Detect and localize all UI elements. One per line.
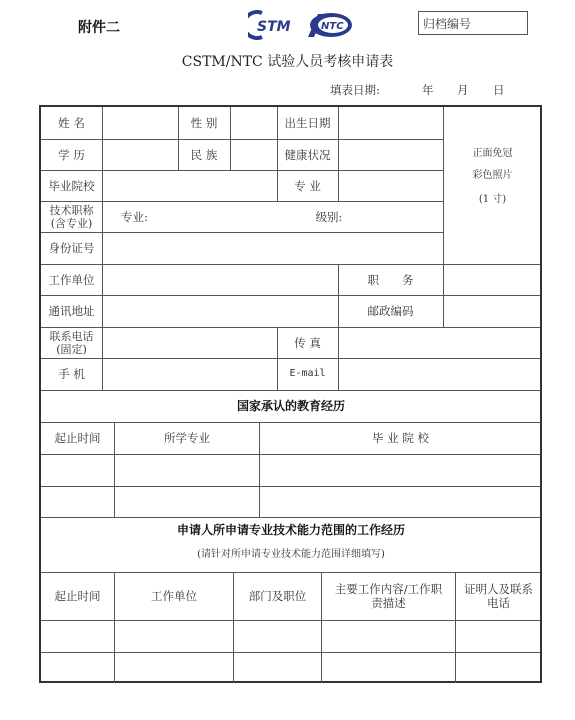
photo-label-line3: (1 寸) <box>444 193 541 207</box>
photo-label-line2: 彩色照片 <box>444 169 541 183</box>
work-row1-department[interactable] <box>234 620 321 652</box>
edu-row1-period[interactable] <box>41 454 114 486</box>
tech-major-field[interactable]: 专业: <box>103 201 277 232</box>
edu-col-period: 起止时间 <box>41 422 114 454</box>
input-address[interactable] <box>103 295 338 327</box>
input-school[interactable] <box>103 170 277 201</box>
work-row2-duties[interactable] <box>322 652 455 683</box>
fill-date-day[interactable]: 日 <box>493 82 505 98</box>
work-col-employer: 工作单位 <box>115 572 233 620</box>
svg-text:NTC: NTC <box>321 21 344 32</box>
form-title: CSTM/NTC 试验人员考核申请表 <box>0 51 575 71</box>
edu-row2-period[interactable] <box>41 486 114 517</box>
label-name: 姓 名 <box>41 107 102 139</box>
input-fax[interactable] <box>339 327 541 358</box>
work-row1-employer[interactable] <box>115 620 233 652</box>
label-gender: 性 别 <box>178 107 230 139</box>
input-mobile[interactable] <box>103 358 277 390</box>
label-health: 健康状况 <box>277 139 338 170</box>
edu-col-school: 毕 业 院 校 <box>260 422 541 454</box>
work-section-subtitle: (请针对所申请专业技术能力范围详细填写) <box>41 547 541 563</box>
ntc-logo-icon: NTC <box>304 10 354 40</box>
input-name[interactable] <box>103 107 178 139</box>
label-school: 毕业院校 <box>41 170 102 201</box>
input-phone[interactable] <box>103 327 277 358</box>
label-birth-date: 出生日期 <box>277 107 338 139</box>
label-id-number: 身份证号 <box>41 232 102 264</box>
work-col-period: 起止时间 <box>41 572 114 620</box>
work-col-department: 部门及职位 <box>234 572 321 620</box>
svg-text:STM: STM <box>257 19 291 35</box>
work-row1-period[interactable] <box>41 620 114 652</box>
edu-row1-major[interactable] <box>115 454 259 486</box>
input-postcode[interactable] <box>444 295 541 327</box>
tech-level-field[interactable]: 级别: <box>277 201 381 232</box>
phone-line1: 联系电话 <box>50 330 94 343</box>
input-id-number[interactable] <box>103 232 443 264</box>
input-ethnicity[interactable] <box>231 139 277 170</box>
edu-row2-school[interactable] <box>260 486 541 517</box>
label-email: E-mail <box>277 358 338 390</box>
phone-line2: (固定) <box>56 343 87 356</box>
education-section-title: 国家承认的教育经历 <box>41 390 541 422</box>
label-major: 专 业 <box>277 170 338 201</box>
label-employer: 工作单位 <box>41 264 102 295</box>
input-employer[interactable] <box>103 264 338 295</box>
label-phone: 联系电话 (固定) <box>41 327 102 358</box>
label-tech-title: 技术职称 (含专业) <box>41 201 102 232</box>
work-row2-department[interactable] <box>234 652 321 683</box>
label-mobile: 手 机 <box>41 358 102 390</box>
label-position: 职 务 <box>338 264 443 295</box>
input-major[interactable] <box>339 170 443 201</box>
tech-title-line2: (含专业) <box>51 217 93 230</box>
archive-number-field[interactable]: 归档编号 <box>418 11 528 35</box>
input-email[interactable] <box>339 358 541 390</box>
edu-row1-school[interactable] <box>260 454 541 486</box>
label-address: 通讯地址 <box>41 295 102 327</box>
application-form-table: 姓 名 性 别 出生日期 学 历 民 族 健康状况 毕业院校 专 业 正面免冠 … <box>39 105 542 683</box>
work-row1-reference[interactable] <box>456 620 541 652</box>
label-postcode: 邮政编码 <box>338 295 443 327</box>
label-fax: 传 真 <box>277 327 338 358</box>
work-section-title: 申请人所申请专业技术能力范围的工作经历 <box>41 521 541 539</box>
edu-col-major: 所学专业 <box>115 422 259 454</box>
work-col-reference: 证明人及联系电话 <box>456 572 541 620</box>
attachment-label: 附件二 <box>78 17 120 37</box>
work-row1-duties[interactable] <box>322 620 455 652</box>
work-row2-period[interactable] <box>41 652 114 683</box>
edu-row2-major[interactable] <box>115 486 259 517</box>
photo-label-line1: 正面免冠 <box>444 147 541 161</box>
input-gender[interactable] <box>231 107 277 139</box>
work-row2-employer[interactable] <box>115 652 233 683</box>
work-row2-reference[interactable] <box>456 652 541 683</box>
label-ethnicity: 民 族 <box>178 139 230 170</box>
tech-title-line1: 技术职称 <box>50 204 94 217</box>
input-education[interactable] <box>103 139 178 170</box>
fill-date-month[interactable]: 月 <box>457 82 469 98</box>
input-birth-date[interactable] <box>339 107 443 139</box>
cstm-logo-icon: STM <box>248 10 300 40</box>
label-education: 学 历 <box>41 139 102 170</box>
fill-date-label: 填表日期: <box>330 82 380 98</box>
fill-date-year[interactable]: 年 <box>422 82 434 98</box>
input-health[interactable] <box>339 139 443 170</box>
input-position[interactable] <box>444 264 541 295</box>
work-col-duties: 主要工作内容/工作职责描述 <box>322 572 455 620</box>
